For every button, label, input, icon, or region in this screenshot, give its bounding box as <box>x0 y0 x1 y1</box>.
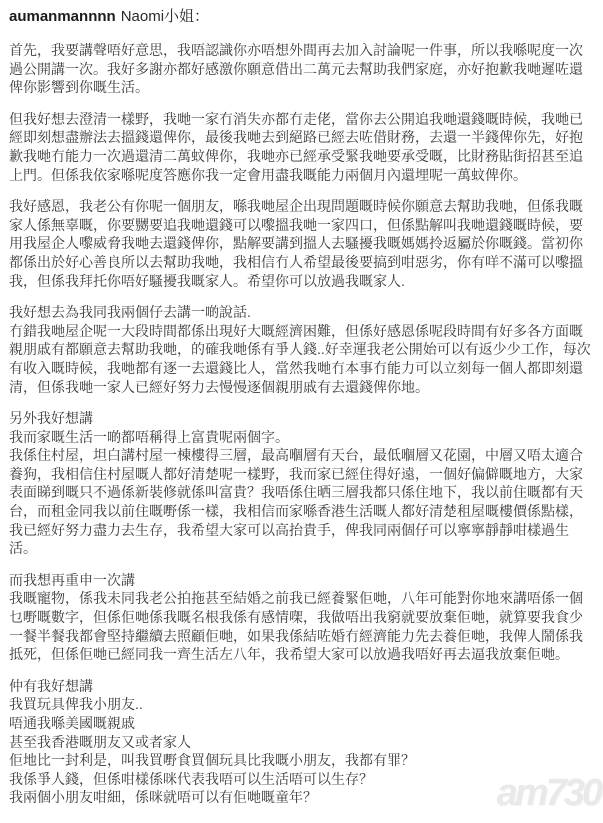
post-paragraph: 但我好想去澄清一樣野，我哋一家冇消失亦都冇走佬，當你去公開追我哋還錢嘅時候，我哋… <box>9 110 595 184</box>
post-paragraph: 首先，我要講聲唔好意思，我唔認識你亦唔想外間再去加入討論呢一件事，所以我喺呢度一… <box>9 41 595 97</box>
post-title: aumanmannnnNaomi小姐： <box>9 7 595 27</box>
post-paragraph: 而我想再重申一次講我嘅寵物，係我未同我老公拍拖甚至結婚之前我已經養緊佢哋，八年可… <box>9 571 595 664</box>
post-paragraph: 仲有我好想講我買玩具俾我小朋友..唔通我喺美國嘅親戚甚至我香港嘅朋友又或者家人佢… <box>9 677 595 807</box>
post-body: 首先，我要講聲唔好意思，我唔認識你亦唔想外間再去加入討論呢一件事，所以我喺呢度一… <box>9 41 595 807</box>
post-paragraph: 我好感恩，我老公有你呢一個朋友，喺我哋屋企出現問題嘅時候你願意去幫助我哋，但係我… <box>9 197 595 290</box>
post-screenshot: aumanmannnnNaomi小姐： 首先，我要講聲唔好意思，我唔認識你亦唔想… <box>0 0 603 823</box>
post-salutation: Naomi小姐： <box>121 8 209 25</box>
post-paragraph: 我好想去為我同我兩個仔去講一啲說話.冇錯我哋屋企呢一大段時間都係出現好大嘅經濟困… <box>9 303 595 396</box>
author-username[interactable]: aumanmannnn <box>9 8 116 25</box>
post-paragraph: 另外我好想講我而家嘅生活一啲都唔稱得上富貴呢兩個字。我係住村屋，坦白講村屋一棟樓… <box>9 409 595 558</box>
